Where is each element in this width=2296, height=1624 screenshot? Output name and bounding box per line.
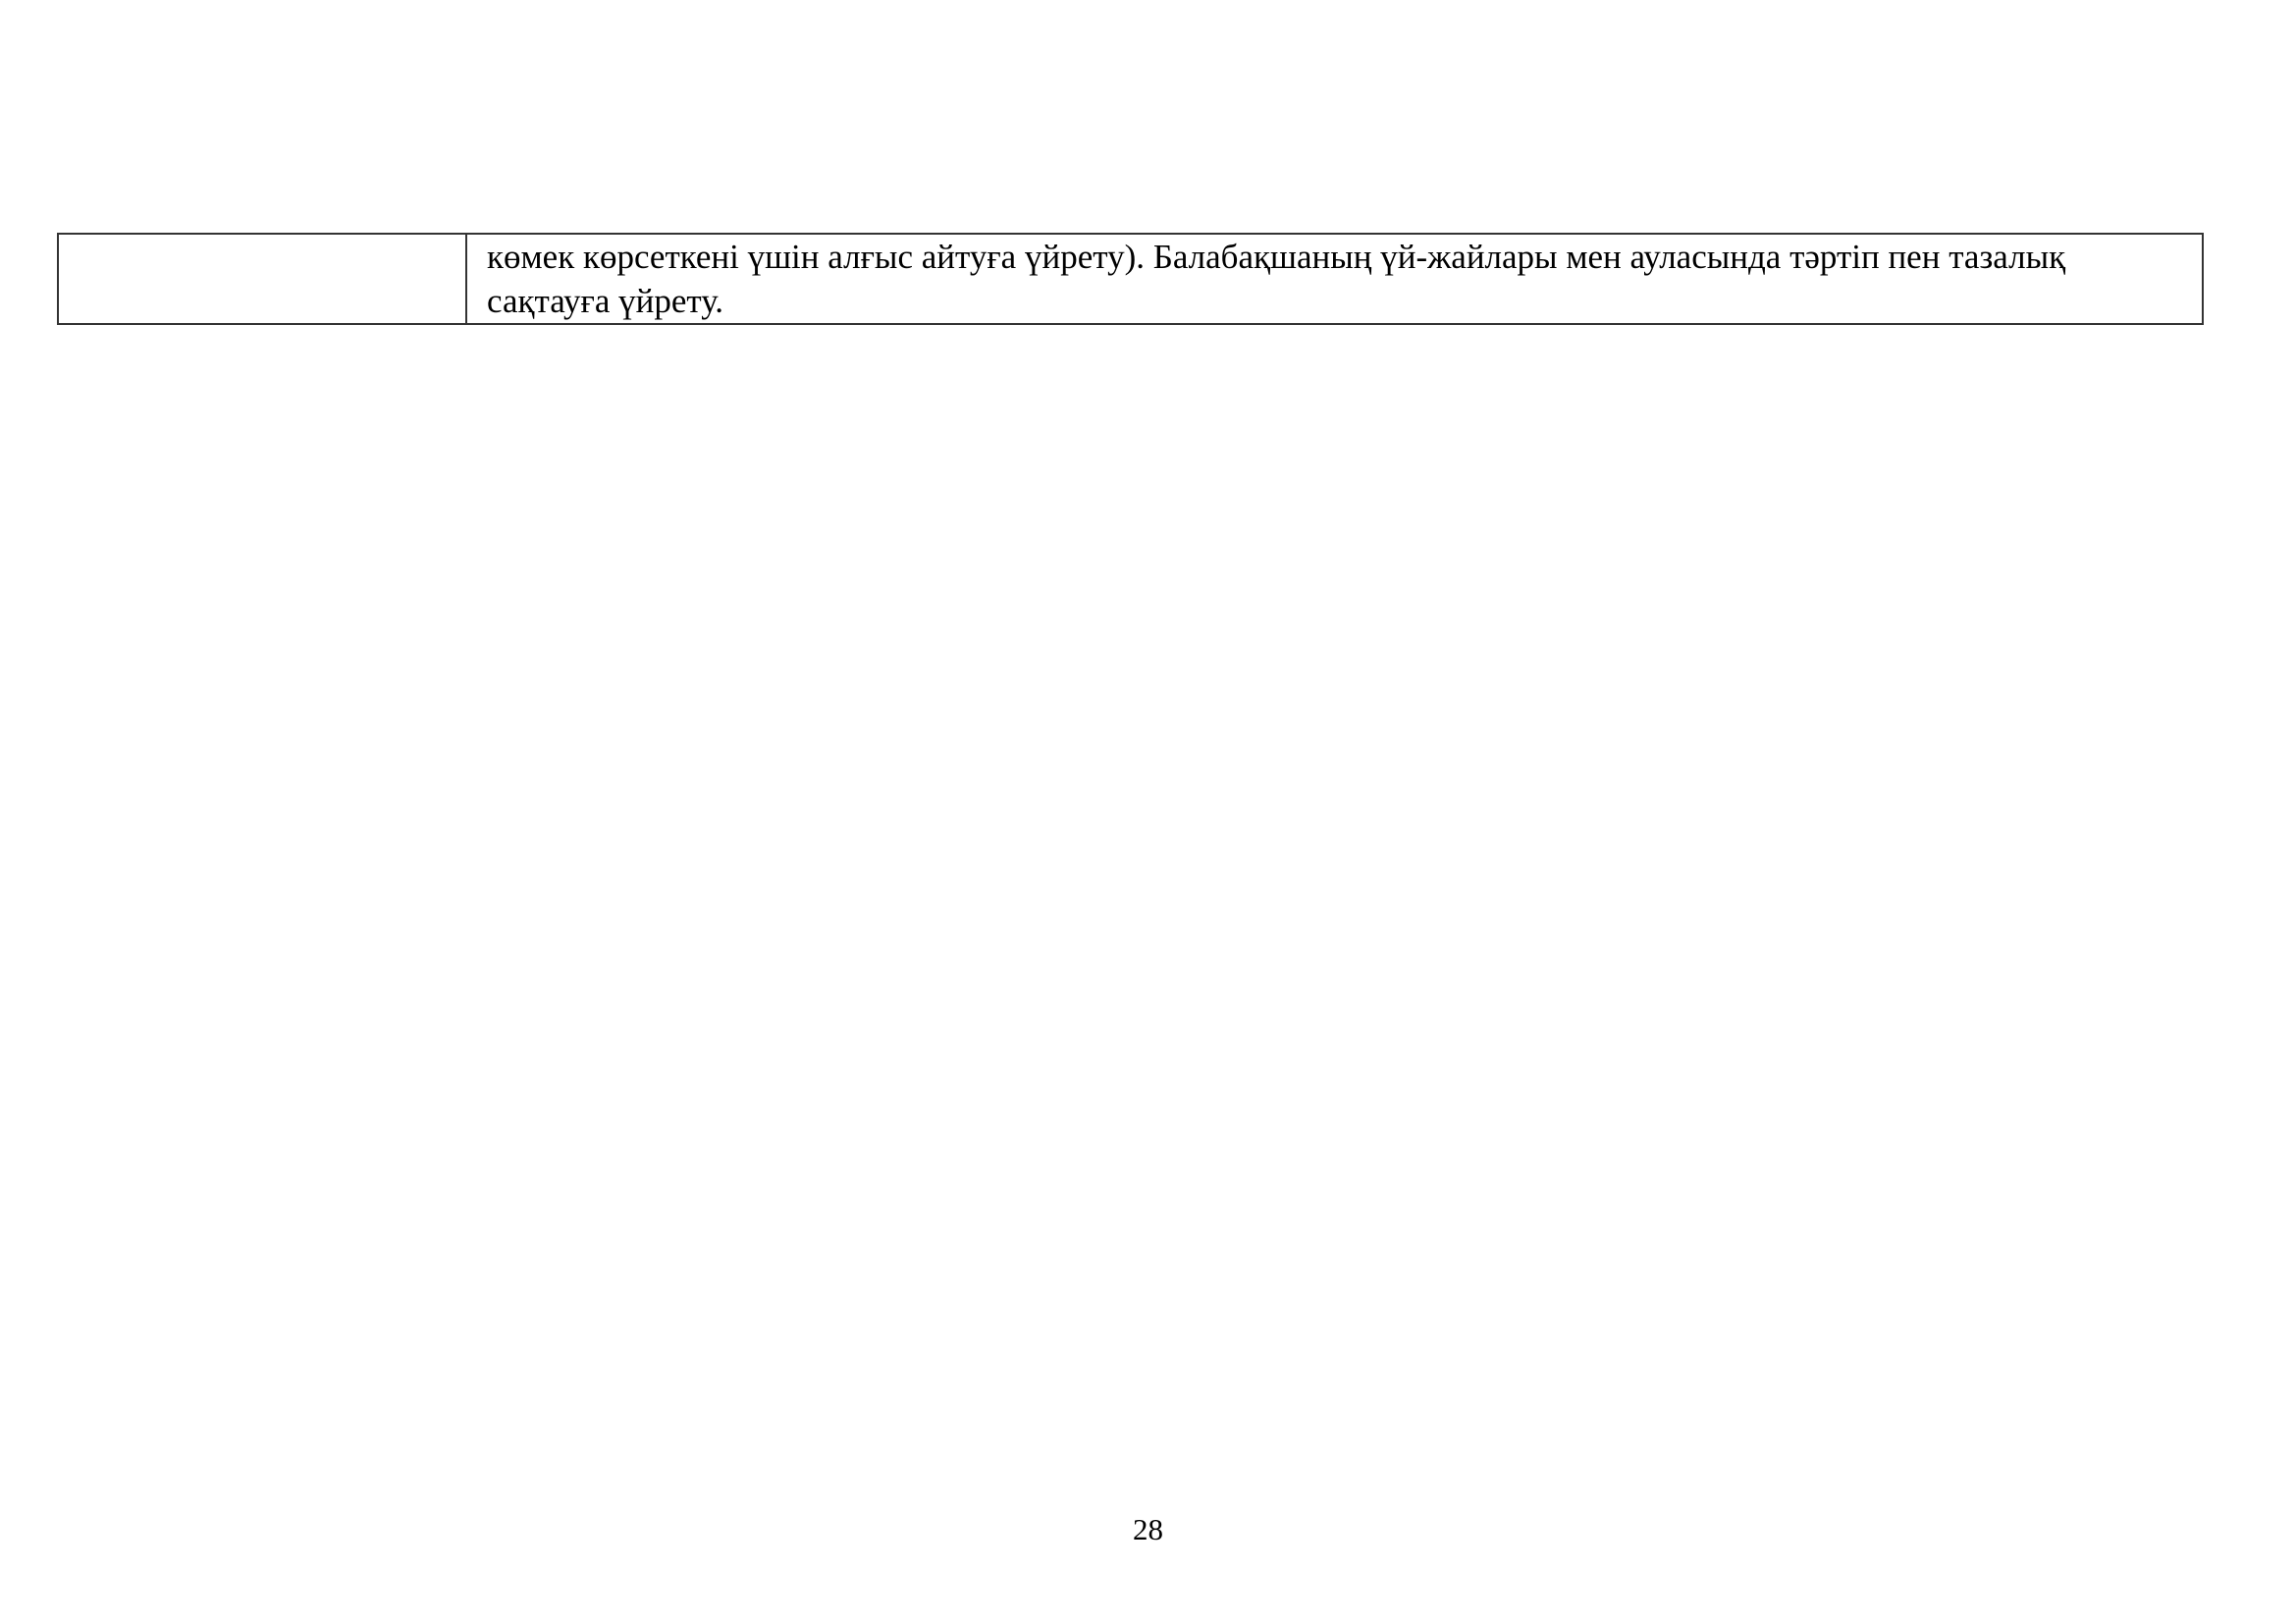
table-row: көмек көрсеткені үшін алғыс айтуға үйрет…	[58, 234, 2203, 324]
page-number: 28	[0, 1512, 2296, 1547]
content-table: көмек көрсеткені үшін алғыс айтуға үйрет…	[57, 233, 2204, 325]
table-cell-left	[58, 234, 466, 324]
table-cell-right: көмек көрсеткені үшін алғыс айтуға үйрет…	[466, 234, 2203, 324]
